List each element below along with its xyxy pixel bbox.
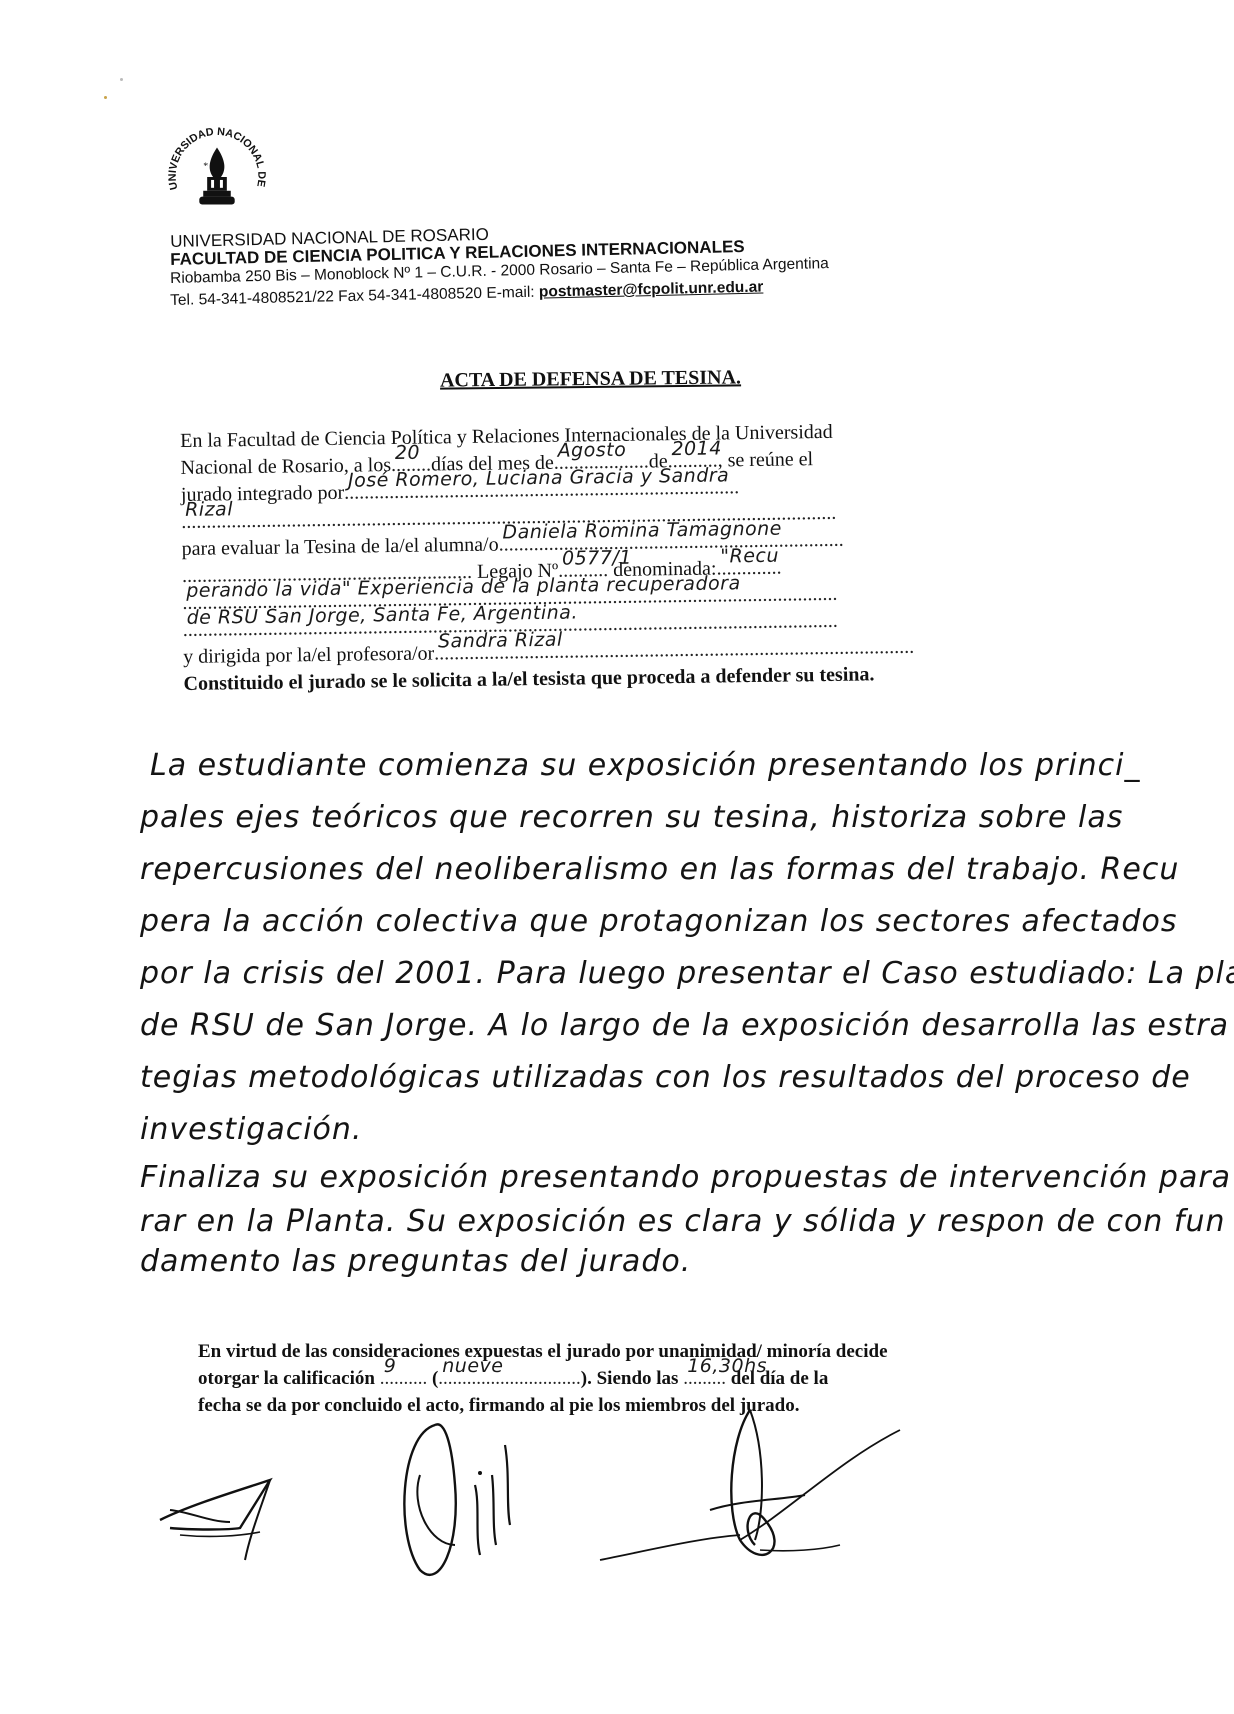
field-jury-1: José Romero, Luciana Gracia y Sandra bbox=[348, 462, 730, 494]
handwritten-line: investigación. bbox=[140, 1104, 1230, 1156]
signature-2 bbox=[380, 1395, 550, 1595]
svg-text:*: * bbox=[203, 161, 208, 172]
field-legajo: 0577/1 bbox=[562, 545, 632, 573]
letterhead-email: postmaster@fcpolit.unr.edu.ar bbox=[539, 279, 764, 301]
university-seal-icon: UNIVERSIDAD NACIONAL DE ROSARIO * bbox=[158, 118, 276, 236]
signature-3 bbox=[590, 1400, 910, 1590]
form-block: En la Facultad de Ciencia Política y Rel… bbox=[180, 415, 1084, 698]
handwritten-line: pales ejes teóricos que recorren su tesi… bbox=[140, 792, 1230, 844]
field-jury-2: Rizal bbox=[185, 496, 233, 524]
closing-line-2: otorgar la calificación ..........9 (...… bbox=[198, 1365, 1098, 1392]
handwritten-line: por la crisis del 2001. Para luego prese… bbox=[140, 948, 1230, 1000]
handwritten-line: de RSU de San Jorge. A lo largo de la ex… bbox=[140, 1000, 1230, 1052]
handwritten-line: damento las preguntas del jurado. bbox=[140, 1244, 1230, 1280]
field-time: 16,30hs bbox=[687, 1353, 767, 1380]
closing-line-1: En virtud de las consideraciones expuest… bbox=[198, 1338, 1098, 1365]
field-month: Agosto bbox=[557, 437, 626, 465]
handwritten-line: repercusiones del neoliberalismo en las … bbox=[140, 844, 1230, 896]
field-director: Sandra Rizal bbox=[438, 627, 563, 656]
handwritten-line: La estudiante comienza su exposición pre… bbox=[140, 740, 1230, 792]
handwritten-line: rar en la Planta. Su exposición es clara… bbox=[140, 1200, 1230, 1244]
scan-speck bbox=[104, 96, 107, 99]
handwritten-line: Finaliza su exposición presentando propu… bbox=[140, 1156, 1230, 1200]
field-grade-words: nueve bbox=[442, 1353, 503, 1380]
field-student: Daniela Romina Tamagnone bbox=[502, 516, 782, 547]
field-day: 20 bbox=[395, 440, 421, 467]
handwritten-report: La estudiante comienza su exposición pre… bbox=[140, 740, 1230, 1280]
signature-1 bbox=[150, 1450, 330, 1570]
letterhead-phone-fax: Tel. 54-341-4808521/22 Fax 54-341-480852… bbox=[170, 284, 539, 309]
handwritten-line: pera la acción colectiva que protagoniza… bbox=[140, 896, 1230, 948]
handwritten-line: tegias metodológicas utilizadas con los … bbox=[140, 1052, 1230, 1104]
field-thesis-title-1: "Recu bbox=[720, 543, 779, 571]
field-grade-number: 9 bbox=[384, 1353, 397, 1380]
field-year: 2014 bbox=[671, 435, 722, 463]
scan-speck bbox=[120, 78, 123, 81]
document-title: ACTA DE DEFENSA DE TESINA. bbox=[440, 366, 741, 392]
